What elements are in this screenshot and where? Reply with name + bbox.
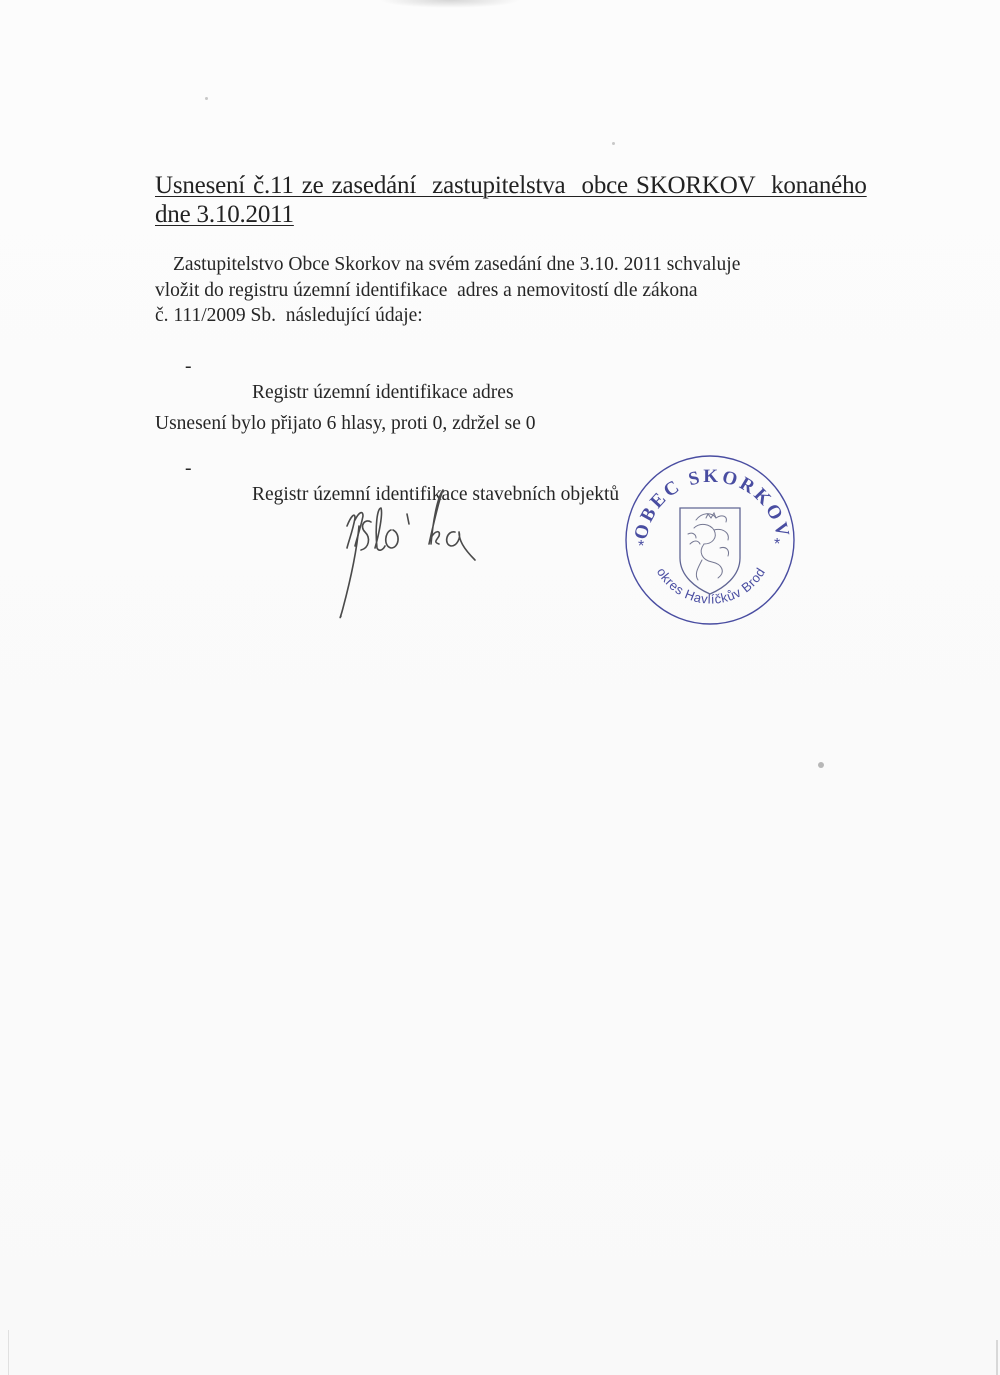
scan-dot (205, 97, 208, 100)
scan-dot (612, 142, 615, 145)
scanned-page: Usnesení č.11 ze zasedání zastupitelstva… (0, 0, 1000, 1375)
stamp-star-left: * (638, 538, 644, 555)
stamp-star-right: * (774, 536, 780, 553)
scan-speck (818, 762, 824, 768)
handwritten-signature-icon (325, 478, 495, 638)
resolution-title: Usnesení č.11 ze zasedání zastupitelstva… (155, 171, 900, 229)
municipal-seal-icon: OBEC SKORKOV okres Havlíčkův Brod * * (618, 448, 803, 633)
body-line-2: vložit do registru územní identifikace a… (155, 278, 875, 304)
dash-bullet: - (185, 456, 192, 482)
vote-result: Usnesení bylo přijato 6 hlasy, proti 0, … (155, 412, 536, 436)
scan-edge-right (996, 1340, 998, 1375)
scan-edge-left (8, 1330, 9, 1375)
body-line-3: č. 111/2009 Sb. následující údaje: (155, 303, 875, 329)
dash-bullet: - (185, 354, 192, 380)
stamp-bottom-text: okres Havlíčkův Brod (654, 565, 768, 607)
body-line-1: Zastupitelstvo Obce Skorkov na svém zase… (155, 252, 875, 278)
list-item-text: Registr územní identifikace adres (224, 382, 514, 403)
title-line-2: dne 3.10.2011 (155, 200, 900, 229)
svg-text:okres Havlíčkův Brod: okres Havlíčkův Brod (654, 565, 768, 607)
title-line-1: Usnesení č.11 ze zasedání zastupitelstva… (155, 171, 900, 200)
